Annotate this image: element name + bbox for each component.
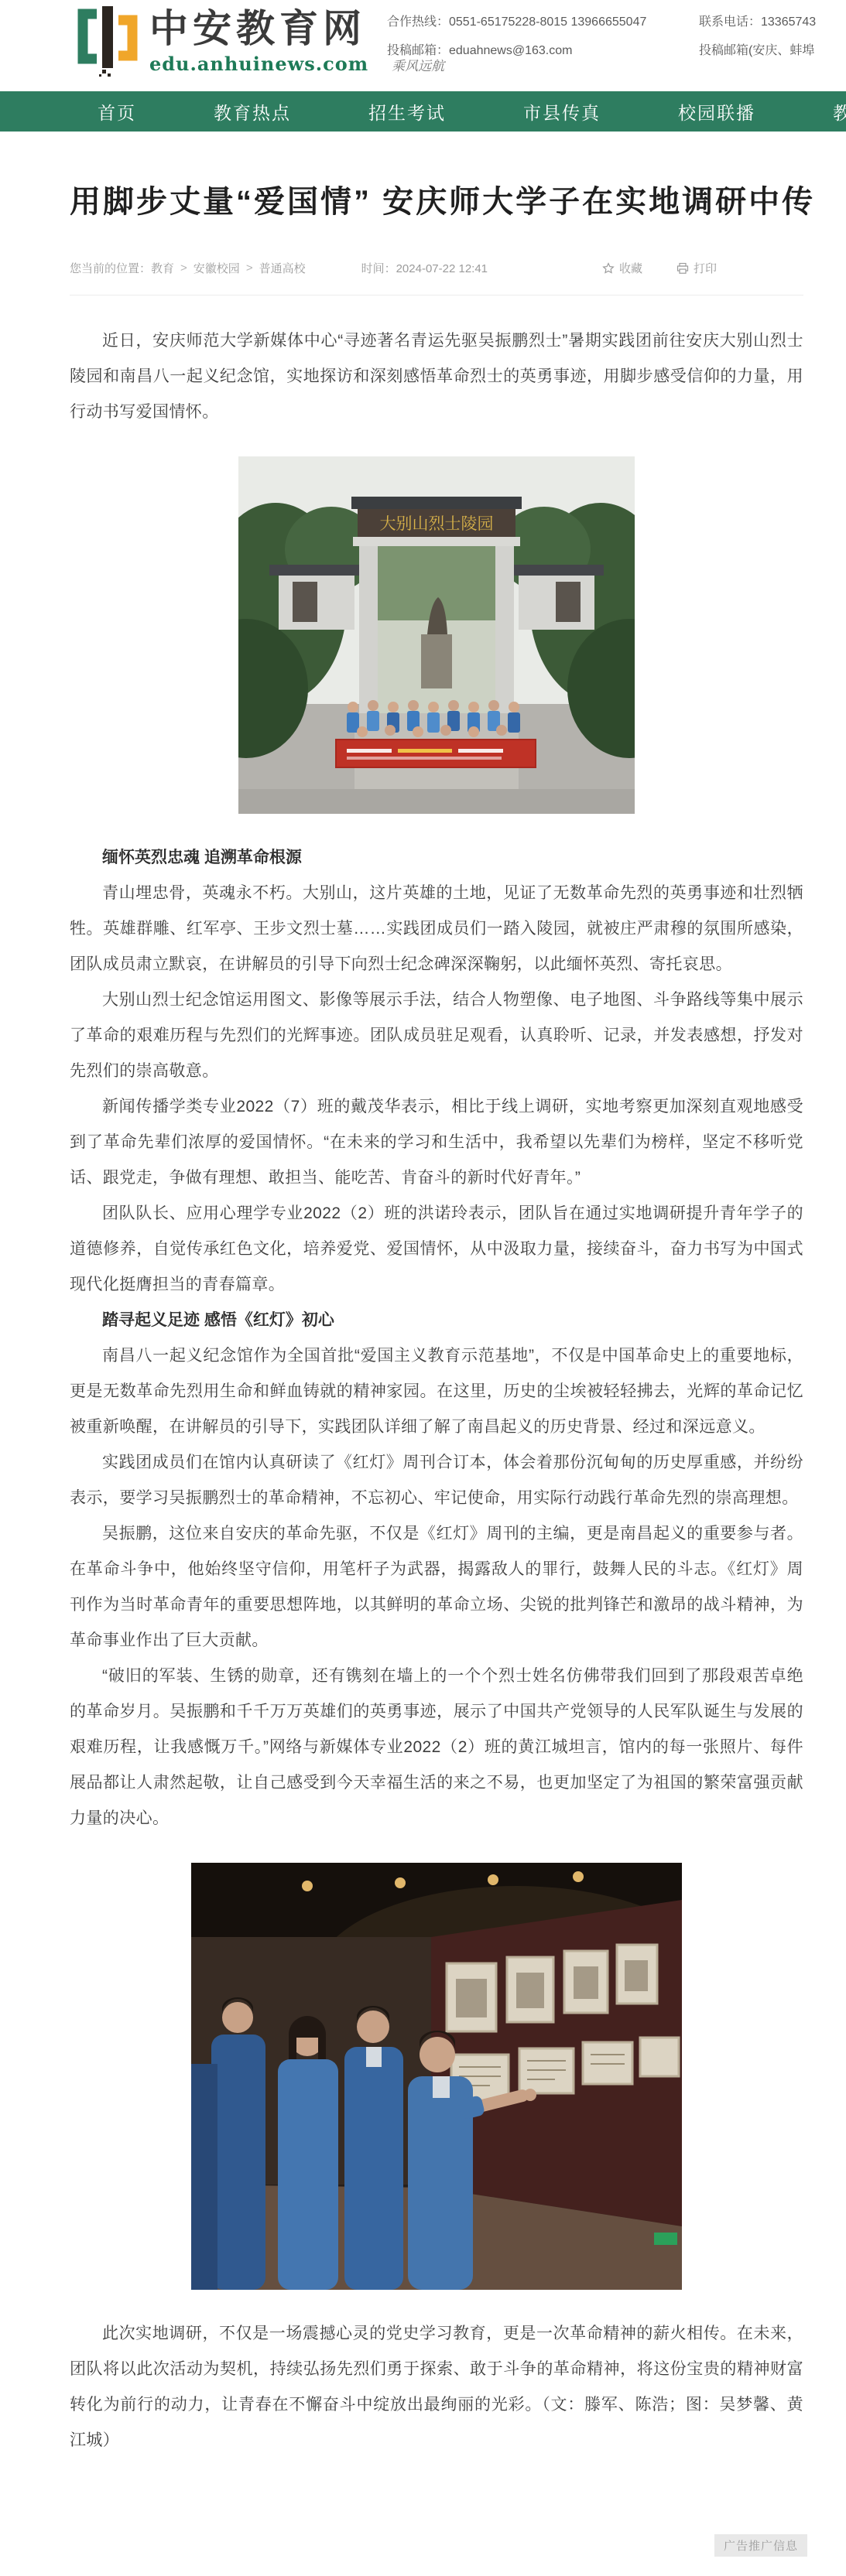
- nav-item-city-news[interactable]: 市县传真: [523, 99, 601, 125]
- cooperation-hotline: 合作热线：0551-65175228-8015 13966655047: [387, 8, 646, 36]
- main-nav: 首页 教育热点 招生考试 市县传真 校园联播 教: [0, 91, 846, 132]
- submission-email-regional: 投稿邮箱(安庆、蚌埠: [699, 36, 846, 65]
- photo-1-illustration: 大别山烈士陵园: [238, 456, 635, 814]
- print-label: 打印: [694, 260, 717, 276]
- paragraph-closing: 此次实地调研，不仅是一场震撼心灵的党史学习教育，更是一次革命精神的薪火相传。在未…: [70, 2316, 803, 2458]
- gate-plaque-text: 大别山烈士陵园: [380, 515, 494, 533]
- nav-item-campus[interactable]: 校园联播: [678, 99, 755, 125]
- star-icon: [602, 262, 615, 275]
- nav-item-home[interactable]: 首页: [98, 99, 136, 125]
- article-title: 用脚步丈量“爱国情” 安庆师大学子在实地调研中传: [70, 183, 803, 221]
- nav-item-exams[interactable]: 招生考试: [368, 99, 446, 125]
- article-photo-2: [191, 1863, 682, 2290]
- paragraph: 实践团成员们在馆内认真研读了《红灯》周刊合订本，体会着那份沉甸甸的历史厚重感，并…: [70, 1445, 803, 1516]
- submission-email: 投稿邮箱：eduahnews@163.com: [387, 36, 646, 65]
- favorite-label: 收藏: [619, 260, 642, 276]
- nav-item-edu-hot[interactable]: 教育热点: [214, 99, 291, 125]
- photo-2-illustration: [191, 1863, 682, 2290]
- breadcrumb-item-anhui-campus[interactable]: 安徽校园: [194, 260, 240, 276]
- printer-icon: [676, 262, 689, 275]
- page: 中安教育网 edu.anhuinews.com 乘风远航 合作热线：0551-6…: [0, 0, 846, 2576]
- breadcrumb-item-colleges[interactable]: 普通高校: [259, 260, 306, 276]
- section-heading-2: 踏寻起义足迹 感悟《红灯》初心: [70, 1303, 803, 1338]
- article-photo-1: 大别山烈士陵园: [238, 456, 635, 814]
- site-header: 中安教育网 edu.anhuinews.com 乘风远航 合作热线：0551-6…: [0, 0, 846, 91]
- publish-time: 时间：2024-07-22 12:41: [361, 260, 488, 276]
- paragraph: 新闻传播学类专业2022（7）班的戴茂华表示，相比于线上调研，实地考察更加深刻直…: [70, 1089, 803, 1196]
- print-button[interactable]: 打印: [676, 260, 717, 276]
- site-url: edu.anhuinews.com: [149, 53, 368, 75]
- paragraph: “破旧的军装、生锈的勋章，还有镌刻在墙上的一个个烈士姓名仿佛带我们回到了那段艰苦…: [70, 1659, 803, 1836]
- article: 用脚步丈量“爱国情” 安庆师大学子在实地调研中传 您当前的位置： 教育 > 安徽…: [0, 183, 846, 2458]
- contact-phone: 联系电话：13365743: [699, 8, 846, 36]
- article-meta-row: 您当前的位置： 教育 > 安徽校园 > 普通高校 时间：2024-07-22 1…: [70, 260, 803, 296]
- contact-block-2: 联系电话：13365743 投稿邮箱(安庆、蚌埠: [699, 8, 846, 65]
- paragraph: 团队队长、应用心理学专业2022（2）班的洪诺玲表示，团队旨在通过实地调研提升青…: [70, 1196, 803, 1303]
- breadcrumb-separator: >: [180, 261, 187, 275]
- breadcrumb-item-education[interactable]: 教育: [151, 260, 174, 276]
- site-logo-icon: [74, 5, 142, 79]
- paragraph: 吴振鹏，这位来自安庆的革命先驱，不仅是《红灯》周刊的主编，更是南昌起义的重要参与…: [70, 1516, 803, 1659]
- paragraph-intro: 近日，安庆师范大学新媒体中心“寻迹著名青运先驱吴振鹏烈士”暑期实践团前往安庆大别…: [70, 323, 803, 430]
- ad-promo-label: 广告推广信息: [714, 2534, 807, 2557]
- nav-item-clipped[interactable]: 教: [833, 99, 846, 125]
- breadcrumb-label: 您当前的位置：: [70, 260, 151, 276]
- favorite-button[interactable]: 收藏: [602, 260, 642, 276]
- paragraph: 青山埋忠骨，英魂永不朽。大别山，这片英雄的土地，见证了无数革命先烈的英勇事迹和壮…: [70, 876, 803, 982]
- breadcrumb-separator: >: [246, 261, 253, 275]
- paragraph: 大别山烈士纪念馆运用图文、影像等展示手法，结合人物塑像、电子地图、斗争路线等集中…: [70, 982, 803, 1089]
- section-heading-1: 缅怀英烈忠魂 追溯革命根源: [70, 840, 803, 876]
- contact-block-1: 合作热线：0551-65175228-8015 13966655047 投稿邮箱…: [387, 8, 646, 65]
- paragraph: 南昌八一起义纪念馆作为全国首批“爱国主义教育示范基地”，不仅是中国革命史上的重要…: [70, 1338, 803, 1445]
